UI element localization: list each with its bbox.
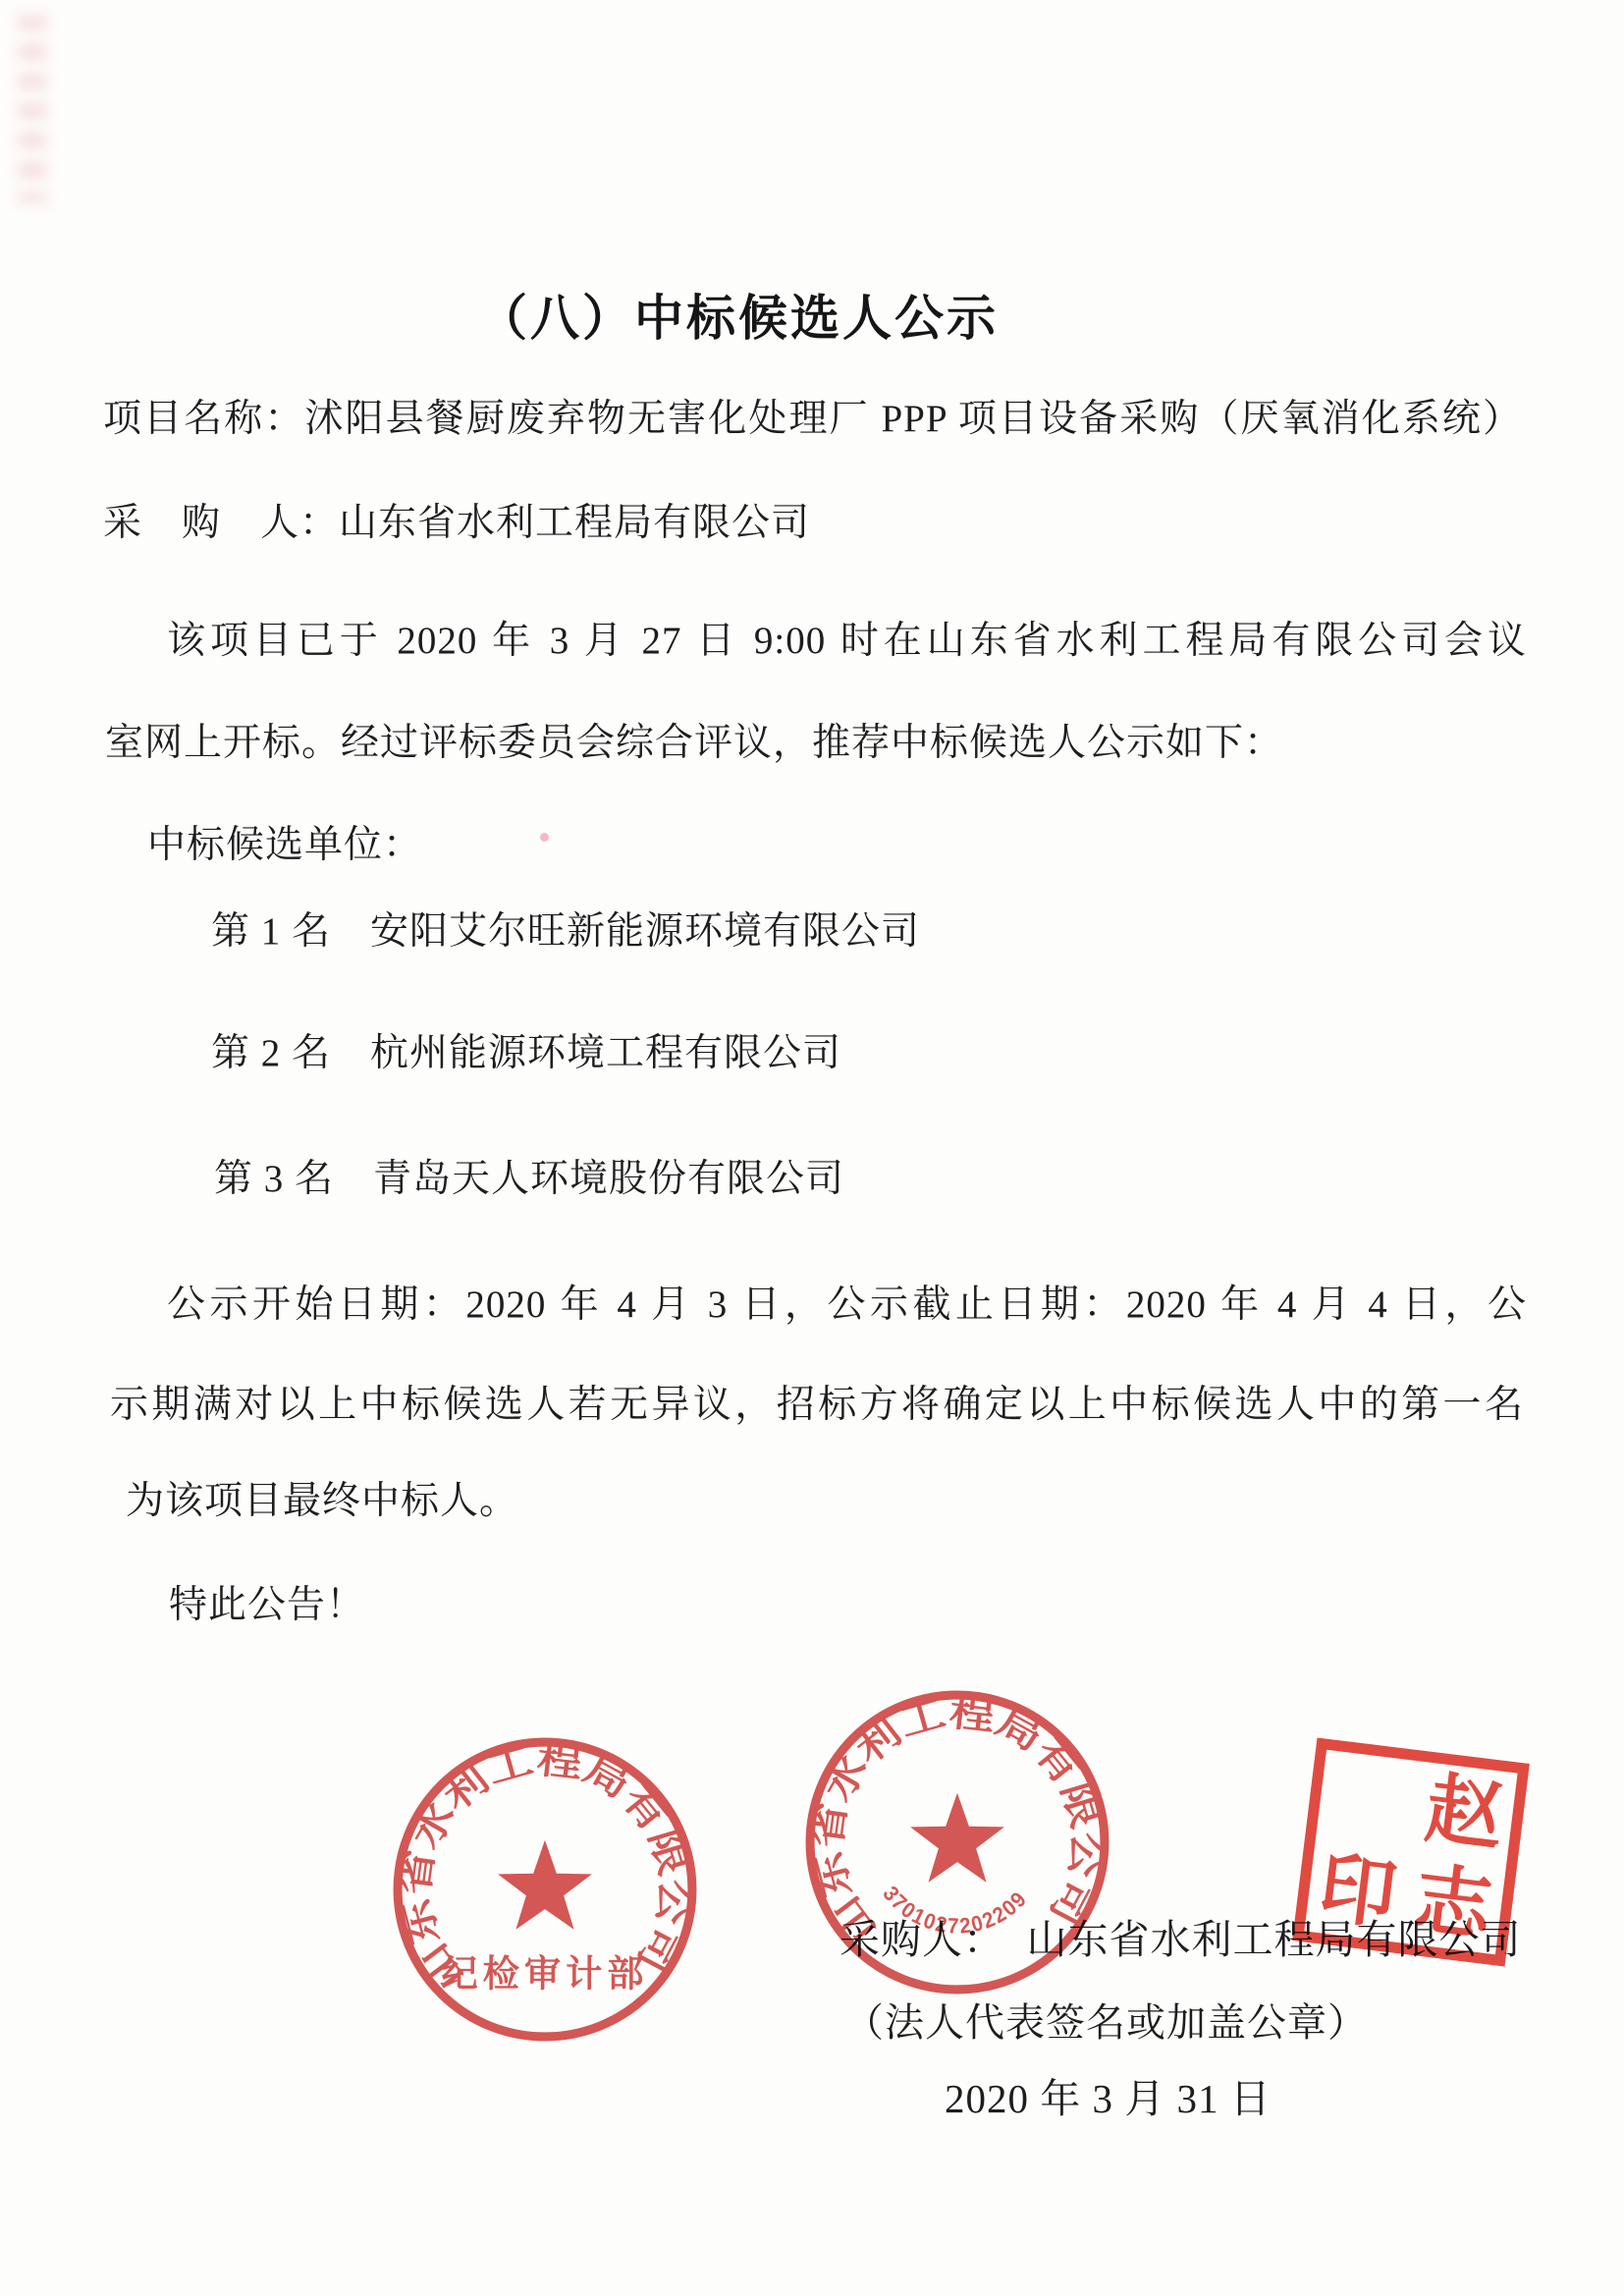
body-line-opening-info-2: 室网上开标。经过评标委员会综合评议，推荐中标候选人公示如下： [105, 721, 1283, 767]
svg-text:3701027202209: 3701027202209 [878, 1882, 1032, 1939]
candidate-rank-2: 第 2 名 杭州能源环境工程有限公司 [211, 1031, 841, 1077]
seal-bottom-label: 纪检审计部 [441, 1954, 648, 1995]
seal-serial-number: 3701027202209 [878, 1882, 1032, 1939]
audit-department-seal: 山东省水利工程局有限公司 纪检审计部 [387, 1731, 703, 2052]
body-line-purchaser: 采 购 人：山东省水利工程局有限公司 [103, 501, 810, 547]
body-line-project-name: 项目名称：沭阳县餐厨废弃物无害化处理厂 PPP 项目设备采购（厌氧消化系统） [103, 397, 1522, 443]
body-line-publicity-dates: 公示开始日期：2020 年 4 月 3 日，公示截止日期：2020 年 4 月 … [167, 1283, 1527, 1329]
body-line-closing: 特此公告！ [169, 1583, 365, 1629]
scanned-announcement-page: （八）中标候选人公示 项目名称：沭阳县餐厨废弃物无害化处理厂 PPP 项目设备采… [0, 0, 1624, 2296]
candidate-rank-1: 第 1 名 安阳艾尔旺新能源环境有限公司 [211, 909, 920, 956]
star-icon [910, 1793, 1004, 1883]
candidate-rank-3: 第 3 名 青岛天人环境股份有限公司 [214, 1157, 844, 1203]
scan-artifact [18, 16, 47, 202]
body-line-publicity-2: 示期满对以上中标候选人若无异议，招标方将确定以上中标候选人中的第一名 [110, 1383, 1524, 1429]
body-line-candidates-heading: 中标候选单位： [147, 823, 422, 869]
signature-date-line: 2020 年 3 月 31 日 [945, 2066, 1272, 2124]
body-line-opening-info-1: 该项目已于 2020 年 3 月 27 日 9:00 时在山东省水利工程局有限公… [167, 619, 1527, 665]
name-seal: 赵 印 志 [1292, 1737, 1530, 1966]
name-seal-char-obscured [1316, 1750, 1423, 1852]
name-seal-char: 志 [1400, 1852, 1507, 1954]
page-title: （八）中标候选人公示 [0, 279, 1477, 350]
company-seal: 山东省水利工程局有限公司 3701027202209 [799, 1684, 1115, 2005]
audit-seal-graphic: 山东省水利工程局有限公司 纪检审计部 [387, 1731, 703, 2048]
company-seal-graphic: 山东省水利工程局有限公司 3701027202209 [799, 1684, 1115, 2000]
name-seal-char: 印 [1304, 1840, 1411, 1942]
star-icon [498, 1840, 592, 1930]
name-seal-char: 赵 [1411, 1762, 1518, 1864]
body-line-publicity-3: 为该项目最终中标人。 [126, 1479, 518, 1525]
scan-artifact-dot [540, 833, 549, 842]
